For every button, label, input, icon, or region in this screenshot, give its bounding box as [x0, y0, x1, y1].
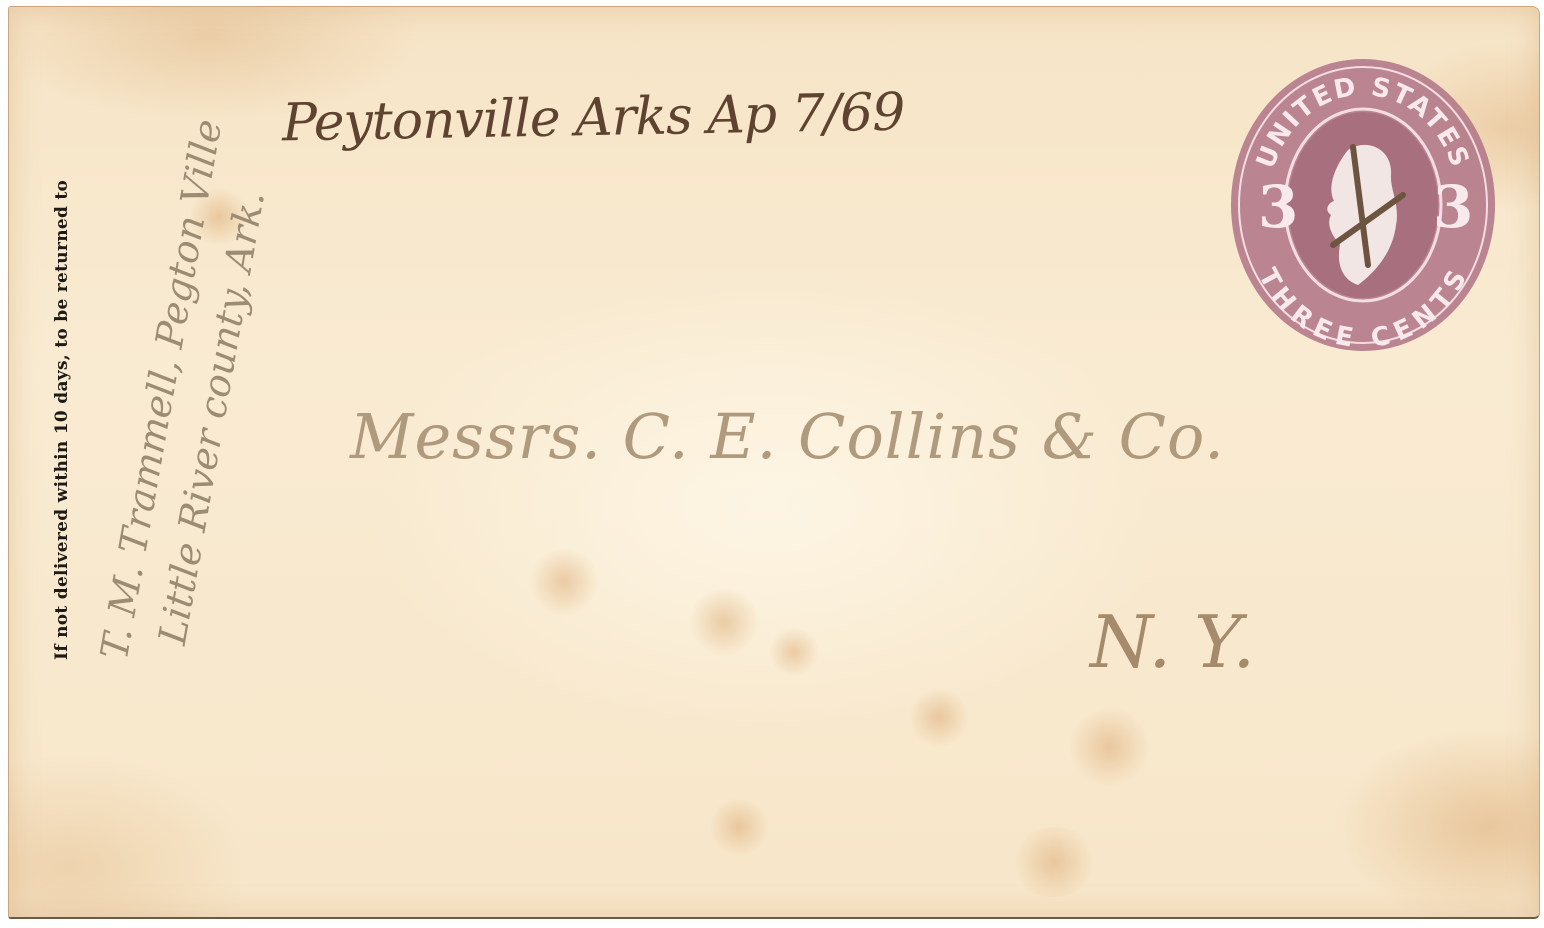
foxing-stain: [769, 627, 819, 677]
foxing-stain: [709, 797, 769, 857]
stamp-denomination-left: 3: [1258, 173, 1298, 241]
return-notice: If not delivered within 10 days, to be r…: [52, 120, 76, 660]
foxing-stain: [689, 587, 759, 657]
addressee: Messrs. C. E. Collins & Co.: [350, 400, 1225, 473]
foxing-stain: [909, 687, 969, 747]
stamp-denomination-right: 3: [1433, 173, 1473, 241]
destination-city: N. Y.: [1090, 600, 1255, 684]
foxing-stain: [1069, 707, 1149, 787]
embossed-stamp: UNITED STATES THREE CENTS 3 3: [1228, 55, 1498, 355]
manuscript-postmark: Peytonville Arks Ap 7/69: [282, 83, 905, 154]
foxing-stain: [529, 547, 599, 617]
foxing-stain: [1009, 827, 1099, 897]
